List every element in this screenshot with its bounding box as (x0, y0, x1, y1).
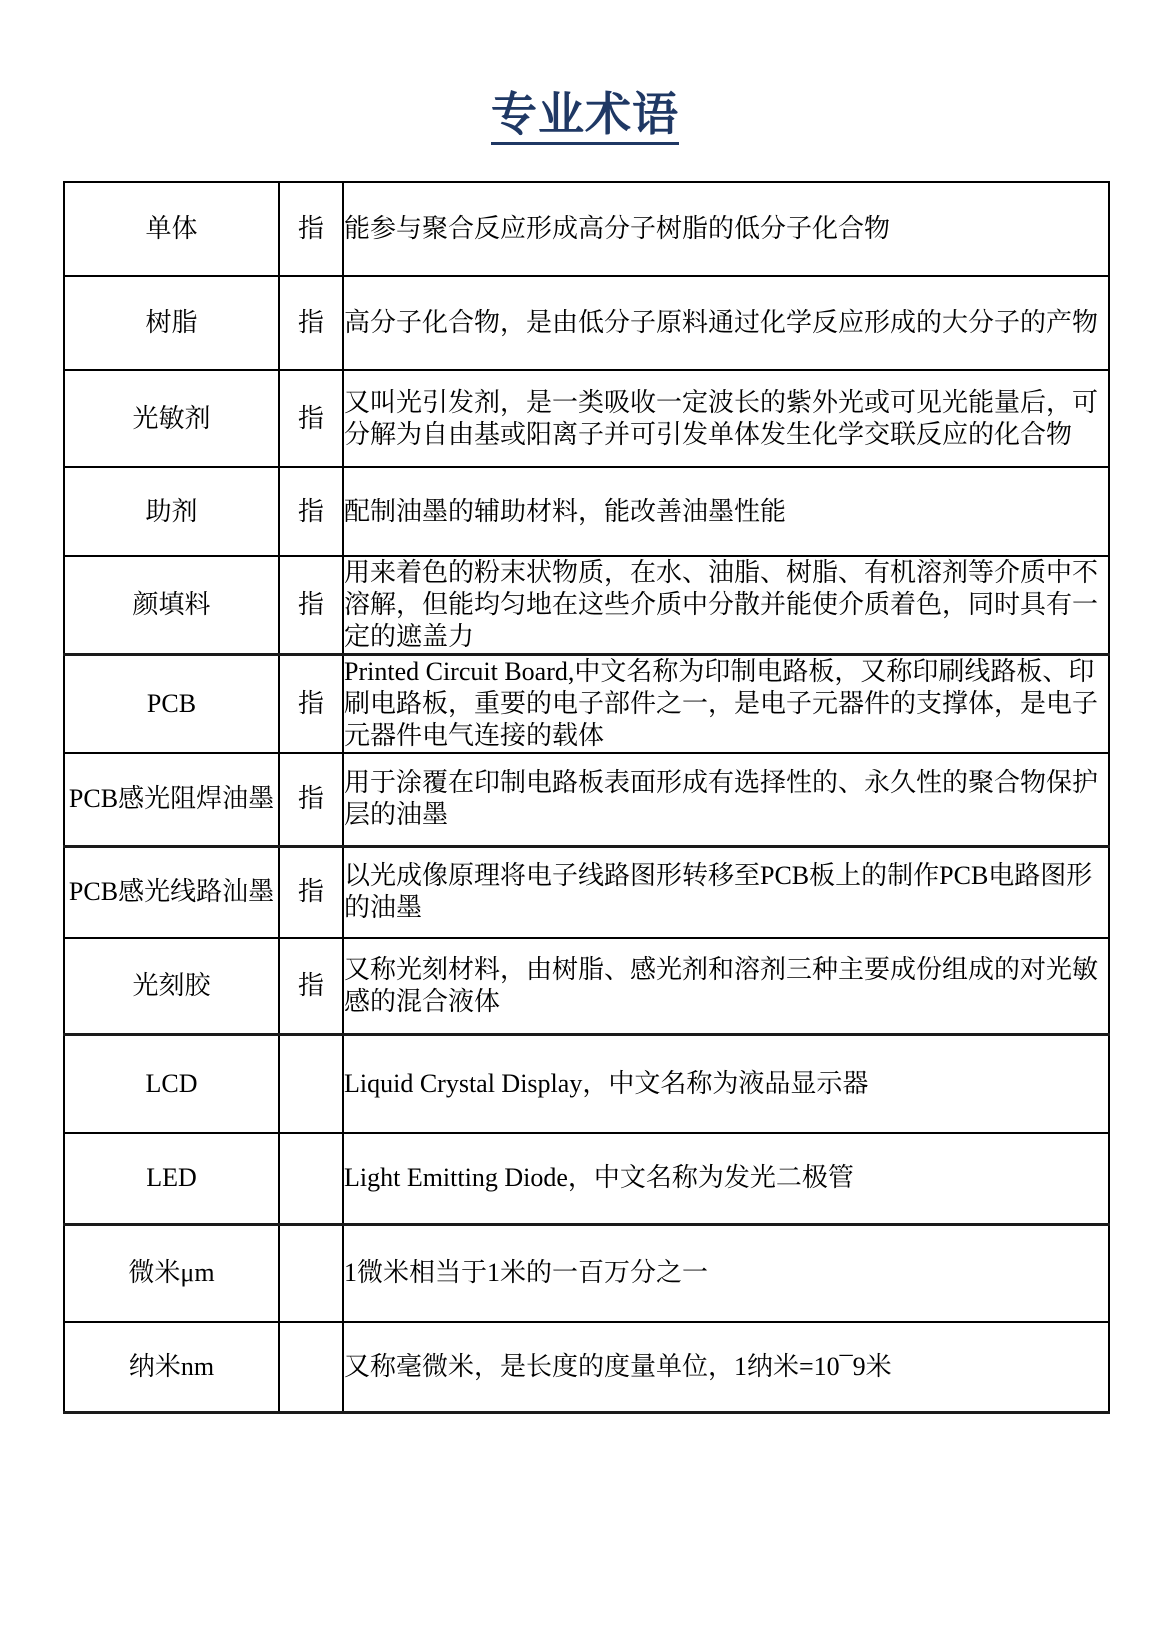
term-cell: PCB (64, 655, 279, 754)
marker-cell: 指 (279, 370, 343, 467)
marker-cell: 指 (279, 753, 343, 846)
definition-cell: 又称毫微米，是长度的度量单位，1纳米=10¯9米 (343, 1322, 1109, 1412)
marker-cell: 指 (279, 655, 343, 754)
definition-cell: 高分子化合物，是由低分子原料通过化学反应形成的大分子的产物 (343, 276, 1109, 370)
term-cell: PCB感光线路汕墨 (64, 846, 279, 938)
table-row: LED Light Emitting Diode，中文名称为发光二极管 (64, 1133, 1109, 1224)
table-row: 颜填料 指 用来着色的粉末状物质，在水、油脂、树脂、有机溶剂等介质中不溶解，但能… (64, 556, 1109, 655)
term-cell: 助剂 (64, 467, 279, 556)
definition-cell: 以光成像原理将电子线路图形转移至PCB板上的制作PCB电路图形的油墨 (343, 846, 1109, 938)
definition-cell: 又称光刻材料，由树脂、感光剂和溶剂三种主要成份组成的对光敏感的混合液体 (343, 938, 1109, 1034)
term-cell: 纳米nm (64, 1322, 279, 1412)
definition-cell: 能参与聚合反应形成高分子树脂的低分子化合物 (343, 182, 1109, 276)
page-title-text: 专业术语 (491, 88, 679, 145)
terms-table-body: 单体 指 能参与聚合反应形成高分子树脂的低分子化合物 树脂 指 高分子化合物，是… (64, 182, 1109, 1412)
page-title: 专业术语 (0, 88, 1170, 145)
term-cell: 光刻胶 (64, 938, 279, 1034)
term-cell: 颜填料 (64, 556, 279, 655)
table-row: 光敏剂 指 又叫光引发剂，是一类吸收一定波长的紫外光或可见光能量后，可分解为自由… (64, 370, 1109, 467)
marker-cell (279, 1322, 343, 1412)
definition-cell: Light Emitting Diode，中文名称为发光二极管 (343, 1133, 1109, 1224)
table-row: 单体 指 能参与聚合反应形成高分子树脂的低分子化合物 (64, 182, 1109, 276)
term-cell: LED (64, 1133, 279, 1224)
table-row: PCB感光线路汕墨 指 以光成像原理将电子线路图形转移至PCB板上的制作PCB电… (64, 846, 1109, 938)
table-row: 微米μm 1微米相当于1米的一百万分之一 (64, 1224, 1109, 1322)
term-cell: 树脂 (64, 276, 279, 370)
marker-cell: 指 (279, 182, 343, 276)
definition-cell: Liquid Crystal Display，中文名称为液品显示器 (343, 1034, 1109, 1133)
marker-cell: 指 (279, 846, 343, 938)
definition-cell: 配制油墨的辅助材料，能改善油墨性能 (343, 467, 1109, 556)
definition-cell: 又叫光引发剂，是一类吸收一定波长的紫外光或可见光能量后，可分解为自由基或阳离子并… (343, 370, 1109, 467)
definition-cell: 1微米相当于1米的一百万分之一 (343, 1224, 1109, 1322)
marker-cell: 指 (279, 276, 343, 370)
term-cell: 微米μm (64, 1224, 279, 1322)
terminology-table: 单体 指 能参与聚合反应形成高分子树脂的低分子化合物 树脂 指 高分子化合物，是… (63, 181, 1110, 1414)
term-cell: 光敏剂 (64, 370, 279, 467)
table-row: 纳米nm 又称毫微米，是长度的度量单位，1纳米=10¯9米 (64, 1322, 1109, 1412)
table-row: PCB感光阻焊油墨 指 用于涂覆在印制电路板表面形成有选择性的、永久性的聚合物保… (64, 753, 1109, 846)
term-cell: PCB感光阻焊油墨 (64, 753, 279, 846)
term-cell: 单体 (64, 182, 279, 276)
definition-cell: 用来着色的粉末状物质，在水、油脂、树脂、有机溶剂等介质中不溶解，但能均匀地在这些… (343, 556, 1109, 655)
marker-cell: 指 (279, 467, 343, 556)
marker-cell: 指 (279, 938, 343, 1034)
table-row: PCB 指 Printed Circuit Board,中文名称为印制电路板，又… (64, 655, 1109, 754)
marker-cell: 指 (279, 556, 343, 655)
definition-cell: Printed Circuit Board,中文名称为印制电路板，又称印刷线路板… (343, 655, 1109, 754)
term-cell: LCD (64, 1034, 279, 1133)
marker-cell (279, 1224, 343, 1322)
marker-cell (279, 1034, 343, 1133)
definition-cell: 用于涂覆在印制电路板表面形成有选择性的、永久性的聚合物保护层的油墨 (343, 753, 1109, 846)
table-row: 助剂 指 配制油墨的辅助材料，能改善油墨性能 (64, 467, 1109, 556)
table-row: 光刻胶 指 又称光刻材料，由树脂、感光剂和溶剂三种主要成份组成的对光敏感的混合液… (64, 938, 1109, 1034)
table-row: LCD Liquid Crystal Display，中文名称为液品显示器 (64, 1034, 1109, 1133)
table-row: 树脂 指 高分子化合物，是由低分子原料通过化学反应形成的大分子的产物 (64, 276, 1109, 370)
marker-cell (279, 1133, 343, 1224)
